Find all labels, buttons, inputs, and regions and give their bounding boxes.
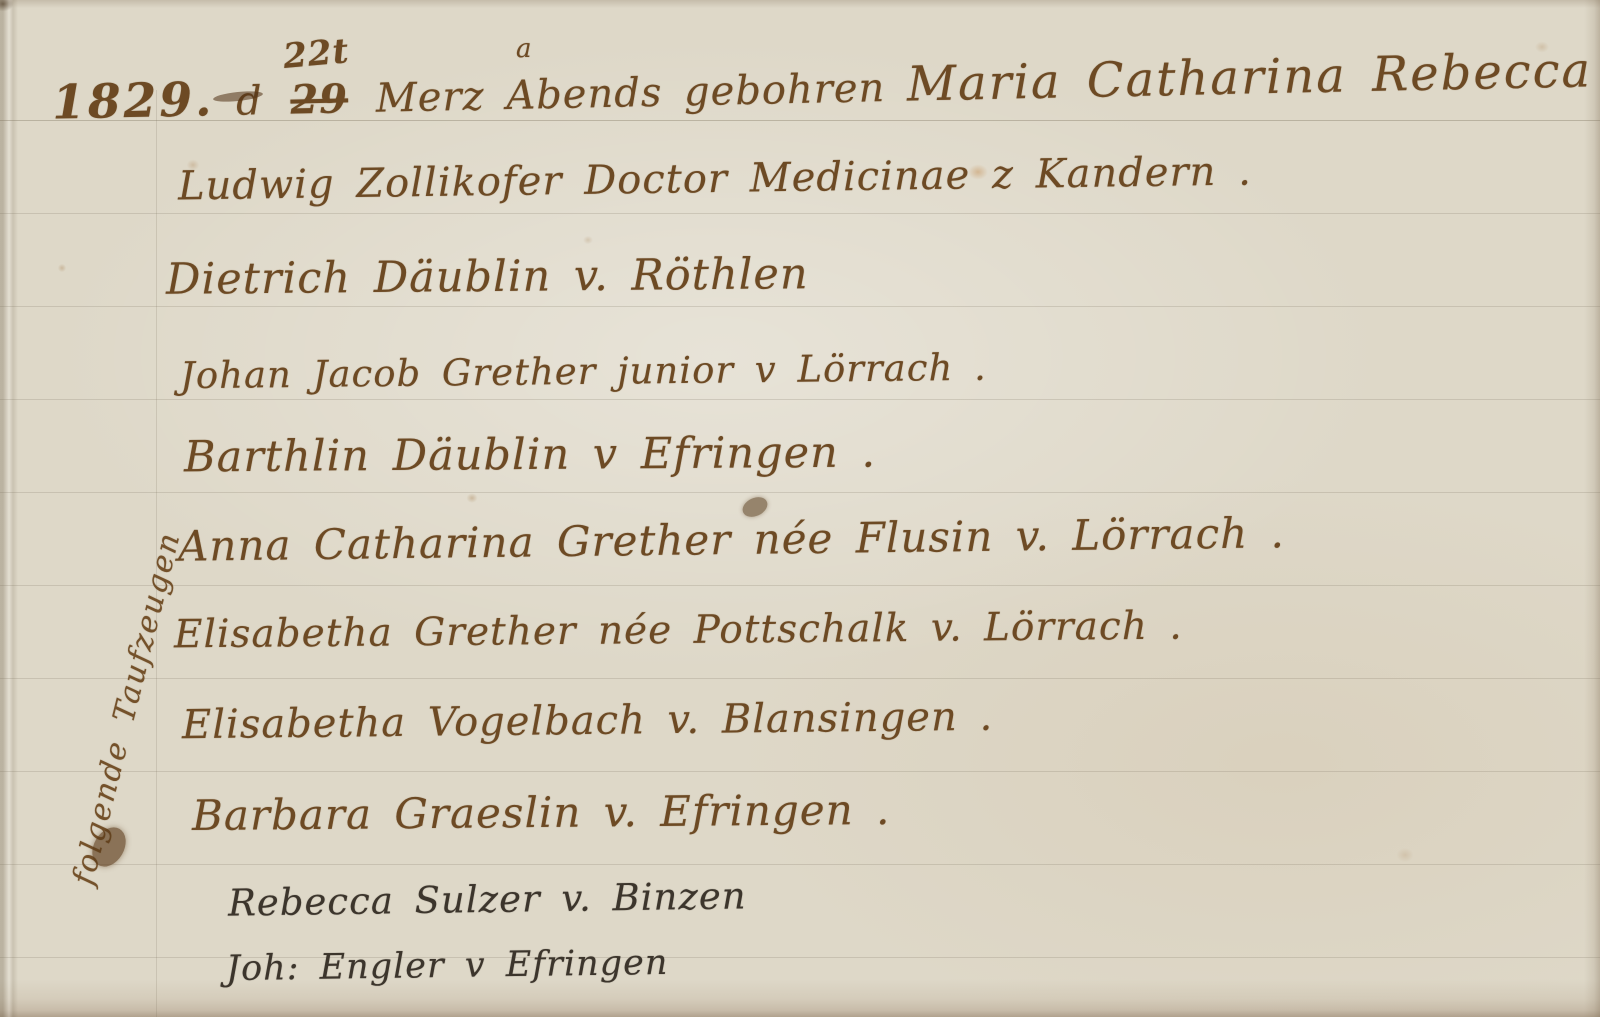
- entry-line: Joh: Engler v Efringen: [226, 943, 669, 989]
- ruled-line: [0, 213, 1600, 214]
- ruled-line: [0, 864, 1600, 865]
- struck-day: 29: [290, 75, 349, 123]
- manuscript-page: 1829. d 29 22t Merz Abends gebohren Mari…: [0, 0, 1600, 1017]
- header-line: 1829. d 29 22t Merz Abends gebohren Mari…: [52, 41, 1600, 130]
- header-text: Merz Abends gebohren: [375, 65, 885, 122]
- ruled-line: [0, 585, 1600, 586]
- entry-line: Elisabetha Grether née Pottschalk v. Lör…: [174, 604, 1183, 658]
- date-prefix: d: [236, 78, 264, 125]
- margin-note: folgende Taufzeugen: [66, 528, 188, 888]
- entry-line: Johan Jacob Grether junior v Lörrach .: [180, 346, 987, 397]
- entry-line: Barthlin Däublin v Efringen .: [184, 428, 876, 483]
- entry-line: Barbara Graeslin v. Efringen .: [192, 785, 891, 840]
- ruled-line: [0, 771, 1600, 772]
- entry-line: Rebecca Sulzer v. Binzen: [228, 874, 747, 924]
- ruled-line: [0, 306, 1600, 307]
- insertion-mark: a: [516, 34, 533, 64]
- corrected-day: 22t: [282, 31, 351, 77]
- year-label: 1829.: [52, 72, 215, 130]
- entry-line: Ludwig Zollikofer Doctor Medicinae z Kan…: [178, 149, 1252, 210]
- entry-line: Anna Catharina Grether née Flusin v. Lör…: [178, 508, 1285, 571]
- entry-line: Elisabetha Vogelbach v. Blansingen .: [182, 694, 994, 748]
- date-correction: 29 22t: [290, 75, 349, 123]
- ruled-line: [0, 492, 1600, 493]
- ruled-line: [0, 399, 1600, 400]
- ruled-line: [0, 678, 1600, 679]
- entry-line: Dietrich Däublin v. Röthlen: [166, 249, 809, 305]
- child-names: Maria Catharina Rebecca .: [906, 41, 1600, 112]
